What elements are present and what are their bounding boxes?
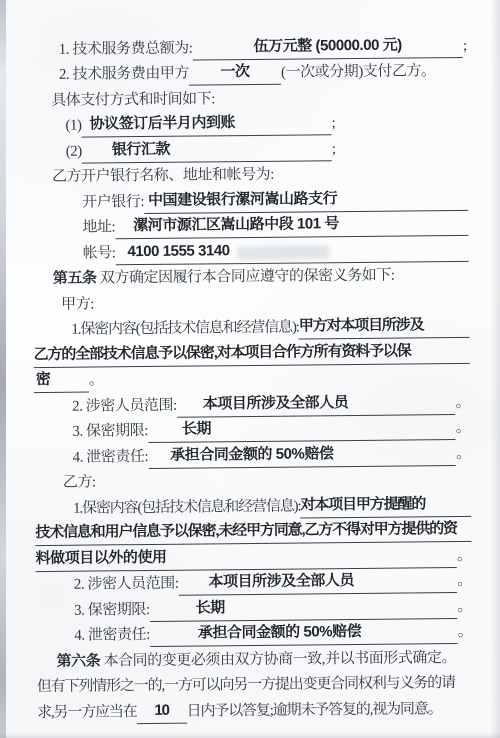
static-text: 4. 泄密责任:: [73, 446, 149, 469]
document-line: 2. 涉密人员范围:本项目所涉及全部人员。: [34, 389, 470, 419]
filled-value: 协议签订后半月内到账: [81, 112, 331, 137]
page-edge-shadow-bottom: [0, 732, 500, 738]
redaction-blur: [238, 245, 330, 260]
filled-value: 长期: [148, 417, 456, 443]
static-text: 但有下列情形之一的,一方可以向另一方提出变更合同权利与义务的请: [37, 673, 455, 699]
static-text: 2. 涉密人员范围:: [72, 395, 177, 418]
filled-text: 银行汇款: [112, 139, 170, 160]
document-line: 1.保密内容(包括技术信息和经营信息):对本项目甲方提醒的: [35, 491, 471, 521]
filled-text: 料做项目以外的使用: [35, 547, 166, 568]
filled-text: 一次: [220, 62, 249, 82]
static-text: 。: [89, 370, 104, 392]
page-edge-shadow-right: [490, 0, 500, 738]
static-text: 。: [457, 545, 472, 567]
filled-value: 甲方对本项目所涉及: [299, 315, 470, 340]
static-text: 双方确定因履行本合同应遵守的保密义务如下:: [96, 266, 394, 291]
static-text: 帐号:: [83, 243, 116, 265]
filled-value: 漯河市源汇区嵩山路中段 101 号: [115, 213, 468, 239]
filled-value: 承担合同金额的 50%赔偿: [148, 443, 456, 469]
filled-text: 甲方对本项目所涉及: [299, 315, 424, 336]
static-text: ;: [463, 35, 467, 57]
filled-text: 中国建设银行漯河嵩山路支行: [148, 189, 337, 211]
page-edge-shadow-left: [0, 0, 6, 738]
document-line: 2. 涉密人员范围:本项目所涉及全部人员。: [36, 567, 472, 597]
document-line: 地址:漯河市源汇区嵩山路中段 101 号: [32, 210, 468, 240]
filled-text: 长期: [196, 598, 225, 618]
document-line: 技术信息和用户信息予以保密,未经甲方同意,乙方不得对甲方提供的资: [35, 516, 471, 546]
filled-text: 承担合同金额的 50%赔偿: [170, 444, 334, 466]
filled-text: 伍万元整 (50000.00 元): [253, 35, 401, 56]
filled-value: 料做项目以外的使用: [35, 545, 457, 572]
static-text: 。: [456, 418, 471, 440]
filled-text: 密: [36, 370, 51, 390]
static-text: 。: [455, 392, 470, 414]
filled-value: 长期: [150, 596, 458, 622]
document-line: 1.保密内容(包括技术信息和经营信息):甲方对本项目所涉及: [33, 312, 469, 342]
contract-page: 1. 技术服务费总额为:伍万元整 (50000.00 元);2. 技术服务费由甲…: [0, 0, 500, 738]
scan-photo: 1. 技术服务费总额为:伍万元整 (50000.00 元);2. 技术服务费由甲…: [0, 0, 500, 738]
filled-value: 一次: [189, 62, 281, 86]
static-text: (1): [65, 116, 81, 138]
static-text: 3. 保密期限:: [72, 421, 148, 444]
static-text: 4. 泄密责任:: [74, 625, 150, 648]
document-line: 3. 保密期限:长期。: [36, 593, 472, 623]
document-line: 开户银行:中国建设银行漯河嵩山路支行: [32, 185, 468, 215]
document-line: 料做项目以外的使用。: [35, 542, 471, 572]
static-text: 。: [458, 622, 473, 644]
static-text: 乙方:: [63, 472, 96, 494]
static-text: 。: [457, 571, 472, 593]
filled-text: 10: [154, 700, 169, 720]
document-line: 2. 技术服务费由甲方一次(一次或分期)支付乙方。: [31, 57, 467, 87]
static-text: 。: [456, 443, 471, 465]
document-line: 第六条 本合同的变更必须由双方协商一致,并以书面形式确定。: [36, 644, 472, 674]
filled-text: 技术信息和用户信息予以保密,未经甲方同意,乙方不得对甲方提供的资: [35, 519, 457, 543]
document-line: 4. 泄密责任:承担合同金额的 50%赔偿。: [34, 440, 470, 470]
document-line: 但有下列情形之一的,一方可以向另一方提出变更合同权利与义务的请: [37, 669, 473, 699]
static-text: 具体支付方式和时间如下:: [51, 89, 215, 113]
document-line: 4. 泄密责任:承担合同金额的 50%赔偿。: [36, 618, 472, 648]
static-text: 1.保密内容(包括技术信息和经营信息):: [71, 318, 299, 342]
filled-text: 漯河市源汇区嵩山路中段 101 号: [133, 214, 339, 236]
document-lines: 1. 技术服务费总额为:伍万元整 (50000.00 元);2. 技术服务费由甲…: [0, 0, 500, 725]
filled-text: 协议签订后半月内到账: [89, 113, 235, 134]
static-text: 日内予以答复;逾期未予答复的,视为同意。: [187, 699, 442, 723]
document-line: 1. 技术服务费总额为:伍万元整 (50000.00 元);: [31, 32, 467, 62]
filled-value: 承担合同金额的 50%赔偿: [150, 621, 458, 647]
filled-value: 技术信息和用户信息予以保密,未经甲方同意,乙方不得对甲方提供的资: [35, 519, 471, 546]
filled-value: 中国建设银行漯河嵩山路支行: [144, 187, 468, 213]
static-text: 1. 技术服务费总额为:: [59, 38, 193, 61]
document-line: 3. 保密期限:长期。: [34, 414, 470, 444]
static-text: 求,另一方应当在: [37, 702, 137, 725]
document-line: 乙方的全部技术信息予以保密,对本项目合作方所有资料予以保: [33, 338, 469, 368]
static-text: (一次或分期)支付乙方。: [281, 61, 436, 84]
document-line: 帐号:4100 1555 3140: [33, 236, 469, 266]
static-text: 本合同的变更必须由双方协商一致,并以书面形式确定。: [100, 648, 456, 673]
static-text: ;: [331, 113, 335, 135]
static-text: 甲方:: [61, 294, 94, 316]
filled-value: 4100 1555 3140: [115, 238, 468, 264]
static-text: ;: [332, 139, 336, 161]
filled-text: 乙方的全部技术信息予以保密,对本项目合作方所有资料予以保: [34, 341, 411, 365]
clause-heading: 第六条: [56, 651, 100, 673]
clause-heading: 第五条: [53, 268, 97, 290]
filled-value: 10: [137, 700, 187, 723]
static-text: 1.保密内容(包括技术信息和经营信息):: [73, 496, 301, 520]
static-text: 2. 技术服务费由甲方: [59, 64, 189, 87]
filled-value: 乙方的全部技术信息予以保密,对本项目合作方所有资料予以保: [34, 340, 470, 367]
static-text: 。: [457, 596, 472, 618]
static-text: 开户银行:: [82, 192, 144, 215]
filled-value: 本项目所涉及全部人员: [178, 570, 457, 596]
filled-value: 本项目所涉及全部人员: [177, 392, 456, 418]
filled-text: 长期: [182, 419, 211, 439]
filled-value: 伍万元整 (50000.00 元): [192, 34, 463, 60]
static-text: 地址:: [82, 217, 115, 239]
static-text: (2): [66, 141, 82, 163]
filled-text: 本项目所涉及全部人员: [203, 393, 349, 414]
document-line: 求,另一方应当在10日内予以答复;逾期未予答复的,视为同意。: [37, 695, 473, 725]
filled-text: 4100 1555 3140: [127, 241, 229, 262]
filled-text: 承担合同金额的 50%赔偿: [198, 622, 362, 644]
static-text: 3. 保密期限:: [74, 599, 150, 622]
filled-value: 密: [34, 370, 89, 394]
static-text: 乙方开户银行名称、地址和帐号为:: [52, 165, 274, 189]
filled-text: 对本项目甲方提醒的: [300, 494, 425, 515]
static-text: 2. 涉密人员范围:: [74, 574, 179, 597]
filled-value: 银行汇款: [82, 138, 332, 163]
filled-text: 本项目所涉及全部人员: [208, 571, 354, 592]
filled-value: 对本项目甲方提醒的: [300, 493, 471, 518]
